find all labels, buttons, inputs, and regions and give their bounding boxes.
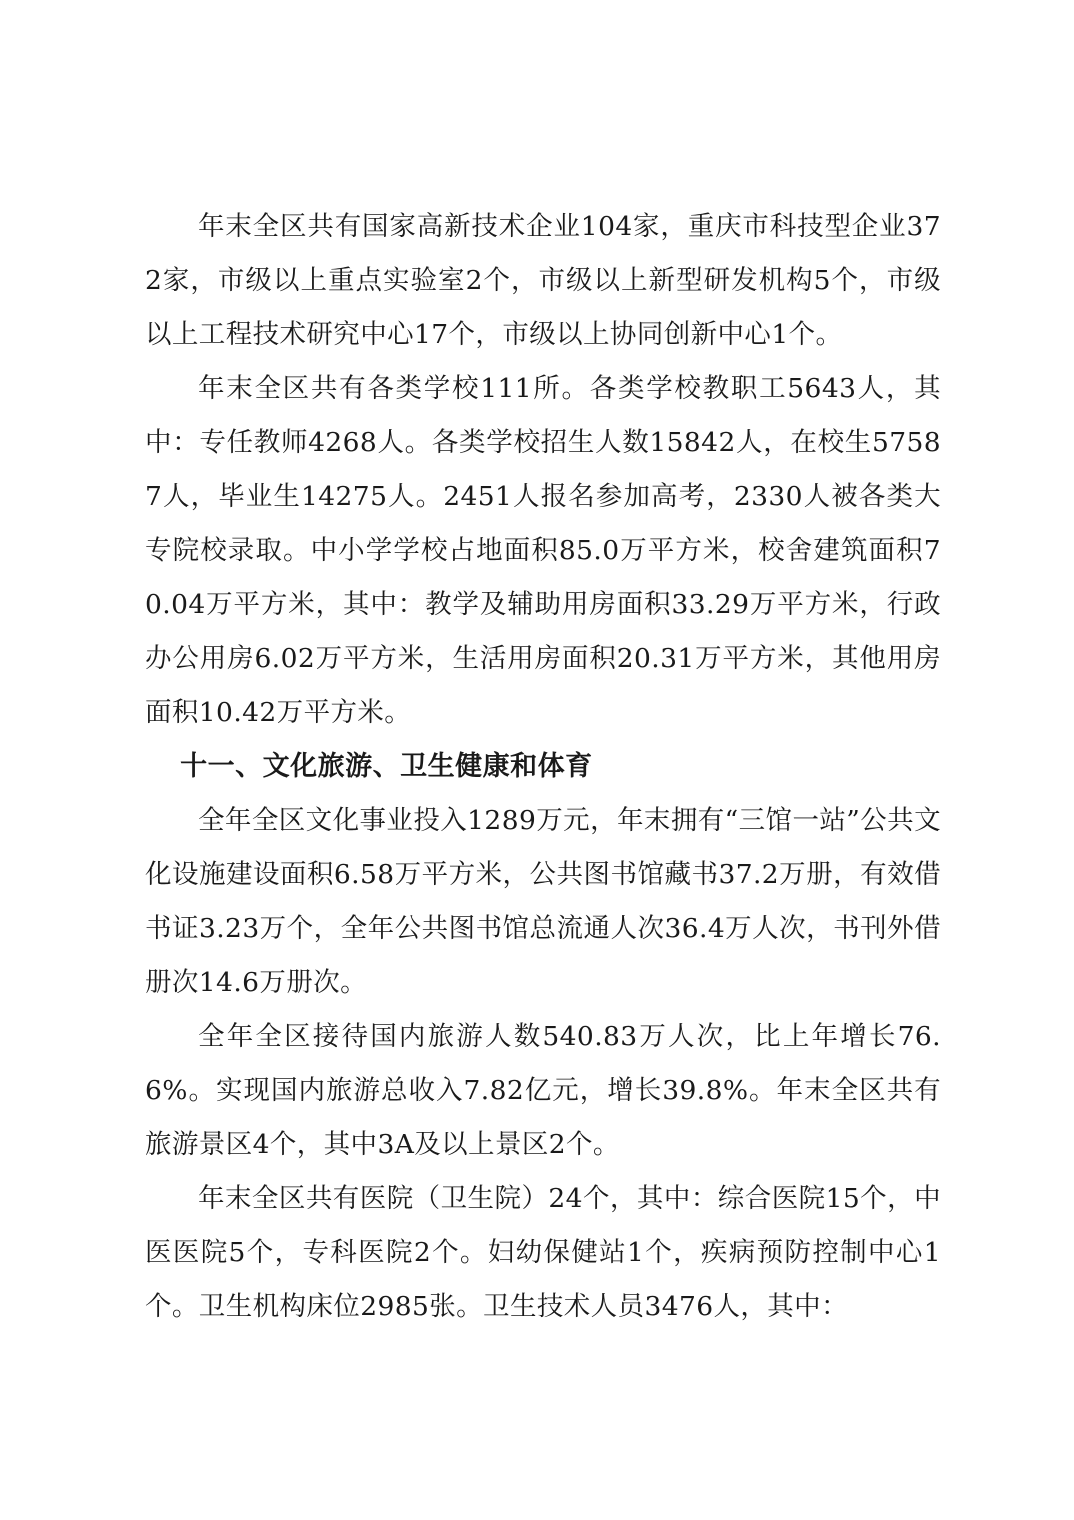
section-heading: 十一、文化旅游、卫生健康和体育 bbox=[145, 740, 941, 794]
paragraph-tourism: 全年全区接待国内旅游人数540.83万人次，比上年增长76.6%。实现国内旅游总… bbox=[145, 1010, 941, 1172]
document-page: 年末全区共有国家高新技术企业104家，重庆市科技型企业372家，市级以上重点实验… bbox=[145, 200, 941, 1334]
paragraph-culture: 全年全区文化事业投入1289万元，年末拥有“三馆一站”公共文化设施建设面积6.5… bbox=[145, 794, 941, 1010]
paragraph-health: 年末全区共有医院（卫生院）24个，其中：综合医院15个，中医医院5个，专科医院2… bbox=[145, 1172, 941, 1334]
paragraph-schools: 年末全区共有各类学校111所。各类学校教职工5643人，其中：专任教师4268人… bbox=[145, 362, 941, 740]
paragraph-tech-enterprises: 年末全区共有国家高新技术企业104家，重庆市科技型企业372家，市级以上重点实验… bbox=[145, 200, 941, 362]
